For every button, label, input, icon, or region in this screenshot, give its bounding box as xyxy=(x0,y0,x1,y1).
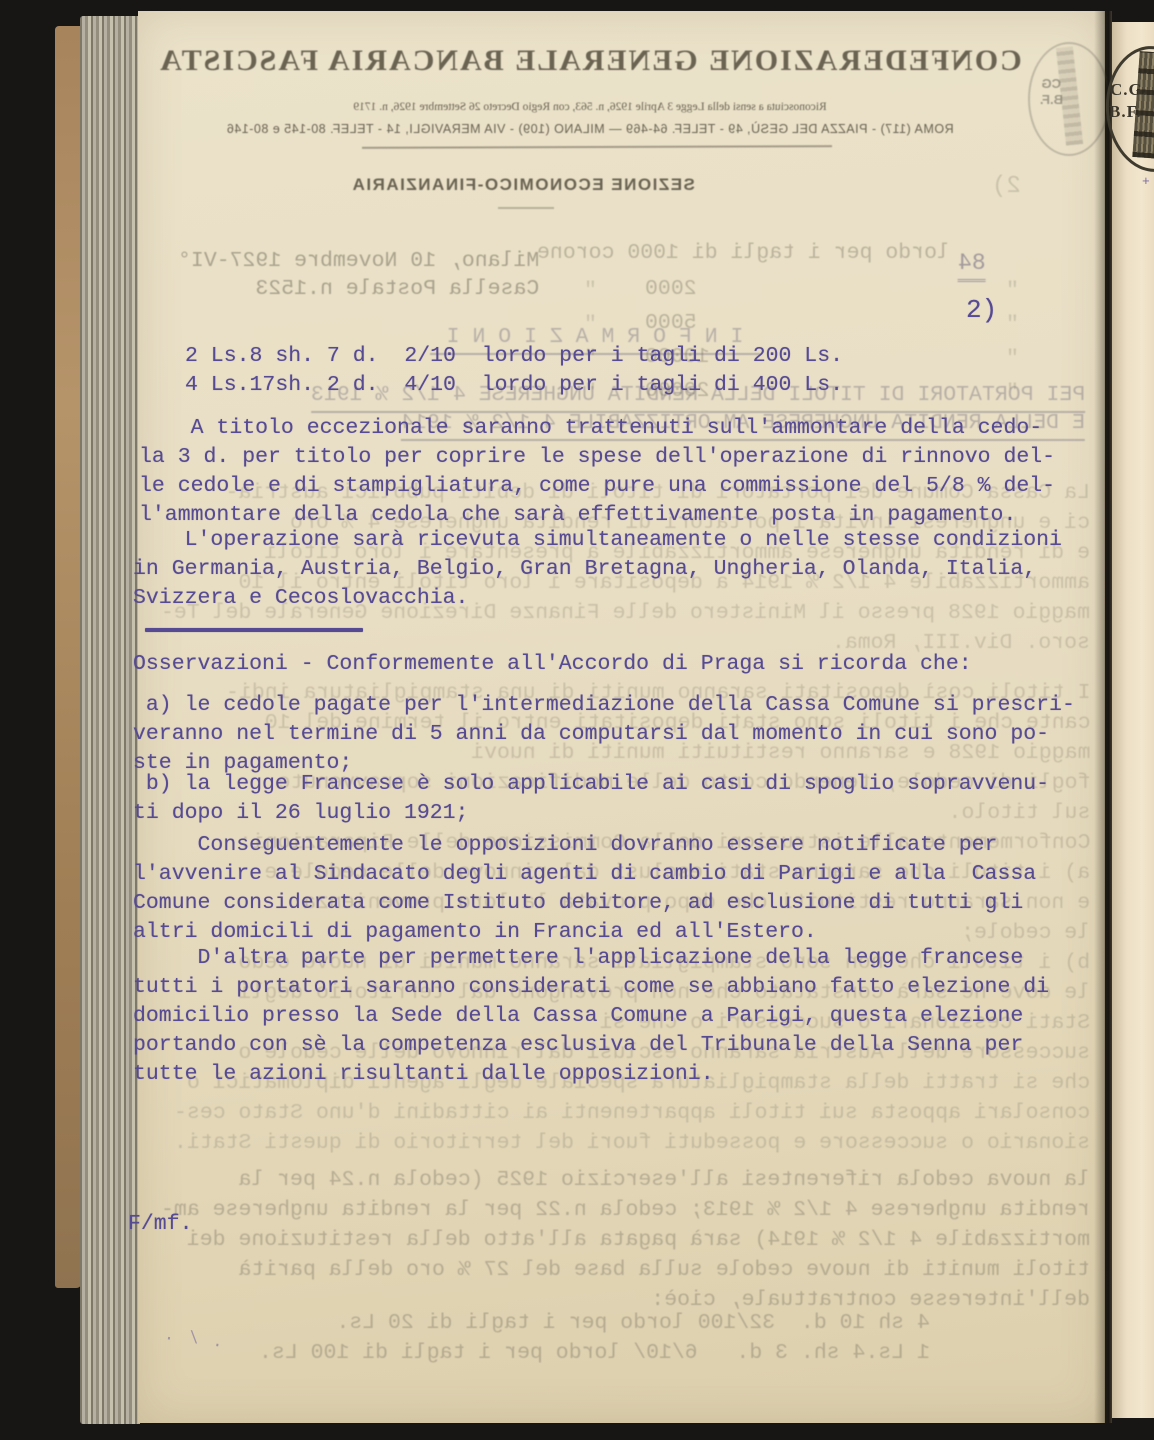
typist-initials: F/mf. xyxy=(128,1210,193,1239)
bleed-letterhead-address: ROMA (117) - PIAZZA DEL GESÙ, 49 - TELEF… xyxy=(150,114,1030,144)
next-page-logo-bf: B.F. xyxy=(1109,102,1142,122)
bleed-page-number: 2) xyxy=(992,172,1021,202)
next-page-edge xyxy=(1112,22,1154,1418)
next-page-logo-cg: C.G. xyxy=(1110,80,1148,100)
scanned-document-canvas: CONFEDERAZIONE GENERALE BANCARIA FASCIST… xyxy=(0,0,1154,1440)
paragraph-operazione: L'operazione sarà ricevuta simultaneamen… xyxy=(133,526,1062,613)
bleed-logo-bf: B.F. xyxy=(1040,92,1063,107)
section-separator xyxy=(145,628,363,632)
paragraph-daltra: D'altra parte per permettere l'applicazi… xyxy=(133,944,1049,1089)
osservazioni-title: Osservazioni - Conformemente all'Accordo… xyxy=(133,650,972,679)
bleed-section-title: SEZIONE ECONOMICO-FINANZIARIA xyxy=(323,170,723,200)
item-a: a) le cedole pagate per l'intermediazion… xyxy=(133,691,1075,778)
item-b: b) la legge Francese è solo applicabile … xyxy=(133,770,1049,828)
bleed-logo-cg: CG xyxy=(1042,76,1062,91)
bleed-corona-line: lordo per i tagli di 1000 corone xyxy=(537,238,950,268)
rates-lines: 2 Ls.8 sh. 7 d. 2/10 lordo per i tagli d… xyxy=(185,342,843,400)
page-fold-shadow xyxy=(1094,11,1112,1423)
paragraph-conseguentemente: Conseguentemente le opposizioni dovranno… xyxy=(133,831,1036,947)
bleed-paragraph-nuova-cedola: la nuova cedola riferentesi all'esercizi… xyxy=(161,1165,1090,1315)
bleed-letterhead-title: CONFEDERAZIONE GENERALE BANCARIA FASCIST… xyxy=(150,44,1030,78)
bleed-rates-block: 4 sh 10 d. 32/100 lordo per i tagli di 2… xyxy=(259,1308,930,1368)
binding-edge xyxy=(55,26,82,1288)
page-number: 2) xyxy=(966,296,997,325)
bleed-doc-number: 84 xyxy=(958,248,986,282)
bleed-section-underline xyxy=(498,207,554,209)
next-page-pen-mark: + xyxy=(1142,174,1150,189)
paragraph-cedola: A titolo eccezionale saranno trattenuti … xyxy=(139,414,1055,530)
bleed-date-block: Milano, 10 Novembre 1927-VI° Casella Pos… xyxy=(178,247,539,303)
